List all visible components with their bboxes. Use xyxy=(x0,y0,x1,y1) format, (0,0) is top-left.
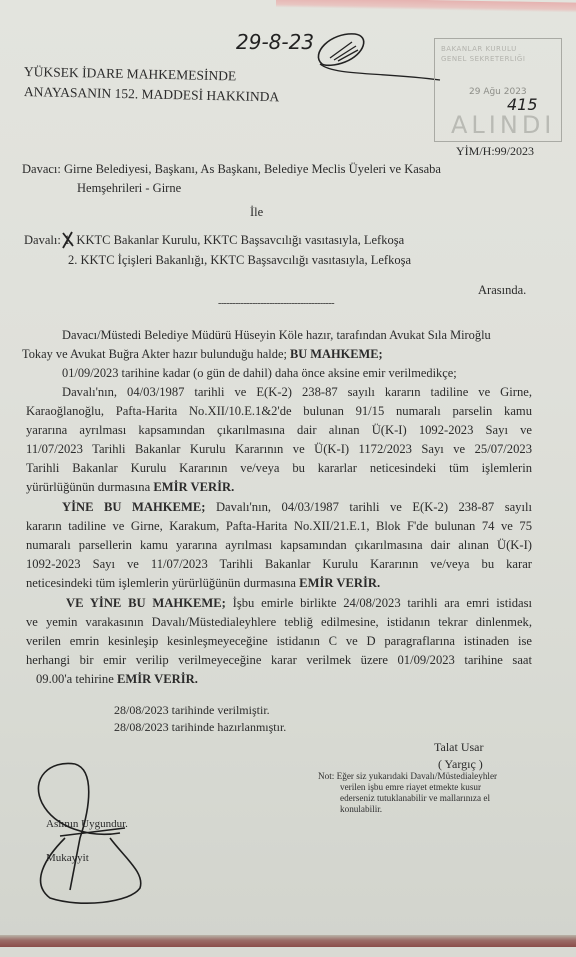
document-page: 29-8-23 BAKANLAR KURULU GENEL SEKRETERLI… xyxy=(0,0,576,947)
paragraph-3-line-1: Davalı'nın, 04/03/1987 tarihli ve E(K-2)… xyxy=(62,385,532,400)
paragraph-1-line-2: Tokay ve Avukat Buğra Akter hazır bulund… xyxy=(22,347,383,362)
stamp-line-2: GENEL SEKRETERLIĞI xyxy=(441,55,525,63)
background-edge xyxy=(0,935,576,947)
order-phrase: EMİR VERİR. xyxy=(153,480,234,494)
paragraph-5-bold: VE YİNE BU MAHKEME; xyxy=(66,596,226,610)
paragraph-3-line-3: yararına ayrılması kapsamından çıkarılma… xyxy=(26,423,532,438)
paragraph-1-bold: BU MAHKEME; xyxy=(290,347,383,361)
defendant-2: 2. KKTC İçişleri Bakanlığı, KKTC Başsavc… xyxy=(68,253,411,268)
plaintiff: Davacı: Girne Belediyesi, Başkanı, As Ba… xyxy=(22,162,441,177)
order-phrase: EMİR VERİR. xyxy=(117,672,198,686)
handwritten-x-mark-icon xyxy=(60,230,76,250)
initials-signature-icon xyxy=(290,24,450,84)
paragraph-4-line-3: numaralı parsellerin kamu yararına ayrıl… xyxy=(26,538,532,553)
date-prepared: 28/08/2023 tarihinde hazırlanmıştır. xyxy=(114,720,286,735)
paragraph-4-line-5: neticesindeki tüm işlemlerin yürürlüğünü… xyxy=(26,576,532,591)
order-phrase: EMİR VERİR. xyxy=(299,576,380,590)
stamp-label: ALINDI xyxy=(451,111,555,139)
paragraph-4-text: Davalı'nın, 04/03/1987 tarihli ve E(K-2)… xyxy=(216,500,532,514)
case-number: YİM/H:99/2023 xyxy=(456,144,534,159)
plaintiff-line-1: Girne Belediyesi, Başkanı, As Başkanı, B… xyxy=(64,162,441,176)
paragraph-5-text: İşbu emirle birlikte 24/08/2023 tarihli … xyxy=(233,596,532,610)
judge-title: ( Yargıç ) xyxy=(438,757,483,772)
paragraph-3-line-4: 11/07/2023 Tarihli Bakanlar Kurulu Karar… xyxy=(26,442,532,457)
registrar-signature-icon xyxy=(20,758,150,908)
stamp-line-1: BAKANLAR KURULU xyxy=(441,45,517,53)
note-line-1: Not: Eğer siz yukarıdaki Davalı/Müstedia… xyxy=(318,771,497,781)
paragraph-4-bold: YİNE BU MAHKEME; xyxy=(62,500,205,514)
paragraph-5-line-4: herhangi bir emir verilip verilmeyeceğin… xyxy=(26,653,532,668)
note-line-4: konulabilir. xyxy=(318,804,497,815)
separator-line: ----------------------------------------… xyxy=(218,298,334,309)
defendant-1: Davalı: 1. KKTC Bakanlar Kurulu, KKTC Ba… xyxy=(24,233,404,248)
court-header-line-2: ANAYASANIN 152. MADDESİ HAKKINDA xyxy=(24,84,280,105)
defendant-label: Davalı: xyxy=(24,233,61,247)
paragraph-5-line-3: verilen emrin kesinleşip kesinleşmeyeceğ… xyxy=(26,634,532,649)
paragraph-4-text-end: neticesindeki tüm işlemlerin yürürlüğünü… xyxy=(26,576,296,590)
connector-ile: İle xyxy=(250,205,263,220)
paragraph-4-line-4: 1092-2023 Sayı ve 11/07/2023 Tarihli Bak… xyxy=(26,557,532,572)
plaintiff-line-2: Hemşehrileri - Girne xyxy=(77,181,181,196)
paragraph-4-line-1: YİNE BU MAHKEME; Davalı'nın, 04/03/1987 … xyxy=(62,500,532,515)
paragraph-3-line-6: yürürlüğünün durmasına EMİR VERİR. xyxy=(26,480,532,495)
paragraph-5-line-1: VE YİNE BU MAHKEME; İşbu emirle birlikte… xyxy=(66,596,532,611)
note-line-2: verilen işbu emre riayet etmekte kusur xyxy=(318,782,497,793)
plaintiff-label: Davacı: xyxy=(22,162,61,176)
paragraph-3-line-2: Karaoğlanoğlu, Pafta-Harita No.XII/10.E.… xyxy=(26,404,532,419)
defendant-1-text: 1. KKTC Bakanlar Kurulu, KKTC Başsavcılı… xyxy=(64,233,404,247)
paragraph-3-text: yürürlüğünün durmasına xyxy=(26,480,150,494)
date-given: 28/08/2023 tarihinde verilmiştir. xyxy=(114,703,270,718)
paragraph-5-line-2: ve yemin varakasının Davalı/Müstedialeyh… xyxy=(26,615,532,630)
background-edge xyxy=(276,0,576,13)
paragraph-1-line-1: Davacı/Müstedi Belediye Müdürü Hüseyin K… xyxy=(62,328,491,343)
legal-note: Not: Eğer siz yukarıdaki Davalı/Müstedia… xyxy=(318,771,497,815)
between-label: Arasında. xyxy=(478,283,526,298)
paragraph-5-line-5: 09.00'a tehirine EMİR VERİR. xyxy=(36,672,542,687)
paragraph-4-line-2: kararın tadiline ve Girne, Karakum, Paft… xyxy=(26,519,532,534)
paragraph-2: 01/09/2023 tarihine kadar (o gün de dahi… xyxy=(62,366,457,381)
judge-name: Talat Usar xyxy=(434,740,483,755)
note-line-3: ederseniz tutuklanabilir ve mallarınıza … xyxy=(318,793,497,804)
paragraph-3-line-5: Tarihli Bakanlar Kurulu Kararının ve/vey… xyxy=(26,461,532,476)
paragraph-1-text: Tokay ve Avukat Buğra Akter hazır bulund… xyxy=(22,347,287,361)
paragraph-5-text-end: 09.00'a tehirine xyxy=(36,672,114,686)
received-stamp: BAKANLAR KURULU GENEL SEKRETERLIĞI 29 Ağ… xyxy=(434,38,562,142)
court-header-line-1: YÜKSEK İDARE MAHKEMESİNDE xyxy=(24,64,237,84)
